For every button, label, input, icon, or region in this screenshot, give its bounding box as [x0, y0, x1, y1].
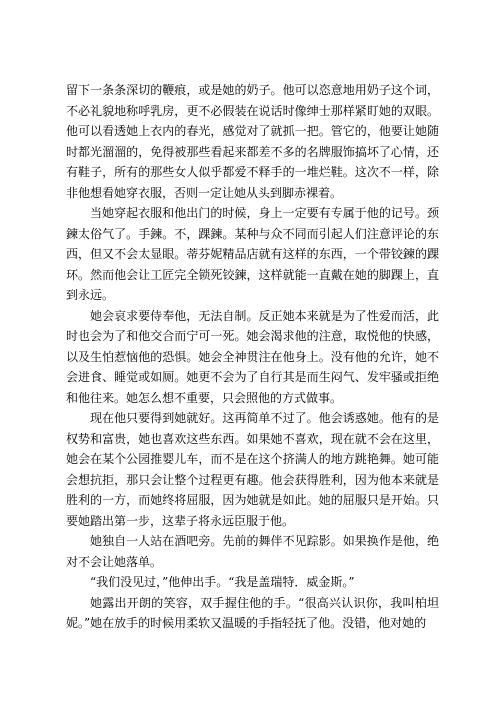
paragraph-5: 她独自一人站在酒吧旁。先前的舞伴不见踪影。如果换作是他，绝对不会让她落单。 [66, 531, 439, 572]
paragraph-3: 她会哀求要侍奉他，无法自制。反正她本来就是为了性爱而活，此时也会为了和他交合而宁… [66, 306, 439, 409]
paragraph-7: 她露出开朗的笑容，双手握住他的手。“很高兴认识你，我叫柏坦妮。”她在放手的时候用… [66, 593, 439, 634]
paragraph-1: 留下一条条深切的鞭痕，或是她的奶子。他可以恣意地用奶子这个词，不必礼貌地称呼乳房… [66, 80, 439, 203]
book-page-text-block: 留下一条条深切的鞭痕，或是她的奶子。他可以恣意地用奶子这个词，不必礼貌地称呼乳房… [66, 80, 439, 634]
paragraph-4: 现在他只要得到她就好。这再简单不过了。他会诱惑她。他有的是权势和富贵，她也喜欢这… [66, 408, 439, 531]
paragraph-2: 当她穿起衣服和他出门的时候，身上一定要有专属于他的记号。颈鍊太俗气了。手鍊。不，… [66, 203, 439, 306]
paragraph-6: “我们没见过，”他伸出手。“我是盖瑞特．威金斯。” [66, 572, 439, 593]
